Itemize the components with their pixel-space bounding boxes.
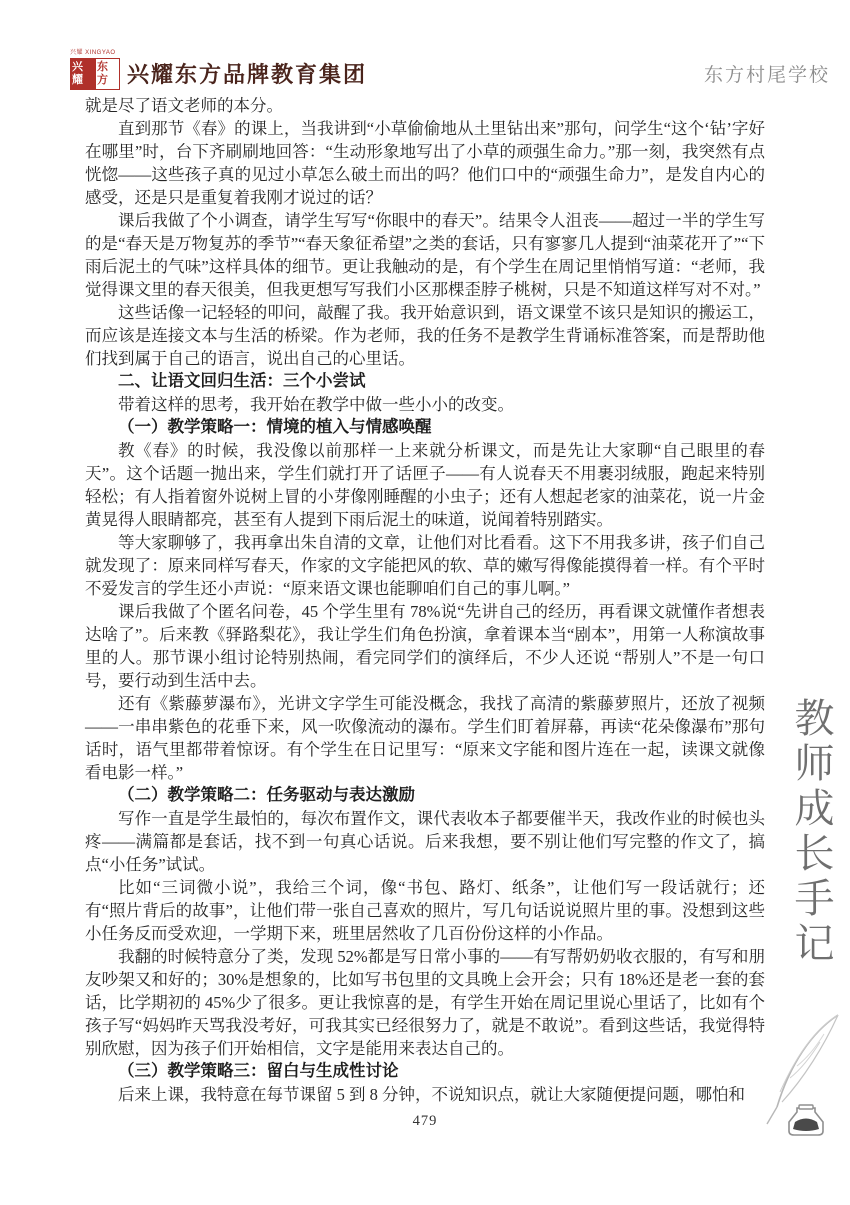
paragraph: 后来上课，我特意在每节课留 5 到 8 分钟，不说知识点，就让大家随便提问题，哪… [85,1083,765,1106]
paragraph: 还有《紫藤萝瀑布》，光讲文字学生可能没概念，我找了高清的紫藤萝照片，还放了视频—… [85,692,765,784]
logo-seal-icon: 兴耀 东方 [70,58,120,90]
school-name: 东方村尾学校 [704,50,830,87]
paragraph: 比如“三词微小说”，我给三个词，像“书包、路灯、纸条”，让他们写一段话就行；还有… [85,876,765,945]
paragraph: 这些话像一记轻轻的叩问，敲醒了我。我开始意识到，语文课堂不该只是知识的搬运工，而… [85,301,765,370]
paragraph: 教《春》的时候，我没像以前那样一上来就分析课文，而是先让大家聊“自己眼里的春天”… [85,439,765,531]
logo-seal-left: 兴耀 [70,58,95,90]
section-heading: （三）教学策略三：留白与生成性讨论 [85,1060,765,1083]
brand-logo: 兴耀 XINGYAO 兴耀 东方 [70,50,120,90]
document-body: 就是尽了语文老师的本分。直到那节《春》的课上，当我讲到“小草偷偷地从土里钻出来”… [85,94,765,1106]
logo-seal-right: 东方 [95,58,120,90]
brand-name: 兴耀东方品牌教育集团 [127,52,367,89]
page-header: 兴耀 XINGYAO 兴耀 东方 兴耀东方品牌教育集团 东方村尾学校 [70,50,830,90]
paragraph: 课后我做了个匿名问卷，45 个学生里有 78%说“先讲自己的经历，再看课文就懂作… [85,600,765,692]
paragraph: 课后我做了个小调查，请学生写写“你眼中的春天”。结果令人沮丧——超过一半的学生写… [85,209,765,301]
paragraph: 带着这样的思考，我开始在教学中做一些小小的改变。 [85,393,765,416]
section-heading: 二、让语文回归生活：三个小尝试 [85,370,765,393]
logo-small-text: 兴耀 XINGYAO [70,50,120,57]
section-heading: （一）教学策略一：情境的植入与情感唤醒 [85,416,765,439]
brand: 兴耀 XINGYAO 兴耀 东方 兴耀东方品牌教育集团 [70,50,367,90]
page-number: 479 [413,1113,438,1129]
paragraph: 写作一直是学生最怕的，每次布置作文，课代表收本子都要催半天，我改作业的时候也头疼… [85,807,765,876]
paragraph: 我翻的时候特意分了类，发现 52%都是写日常小事的——有写帮奶奶收衣服的，有写和… [85,945,765,1060]
watermark-calligraphy: 教师成长手记 [783,697,840,967]
paragraph: 就是尽了语文老师的本分。 [85,94,765,117]
paragraph: 等大家聊够了，我再拿出朱自清的文章，让他们对比看看。这下不用我多讲，孩子们自己就… [85,531,765,600]
document-page: 兴耀 XINGYAO 兴耀 东方 兴耀东方品牌教育集团 东方村尾学校 就是尽了语… [0,0,850,1205]
page-footer: 479 [0,1112,850,1130]
paragraph: 直到那节《春》的课上，当我讲到“小草偷偷地从土里钻出来”那句，问学生“这个‘钻’… [85,117,765,209]
section-heading: （二）教学策略二：任务驱动与表达激励 [85,784,765,807]
